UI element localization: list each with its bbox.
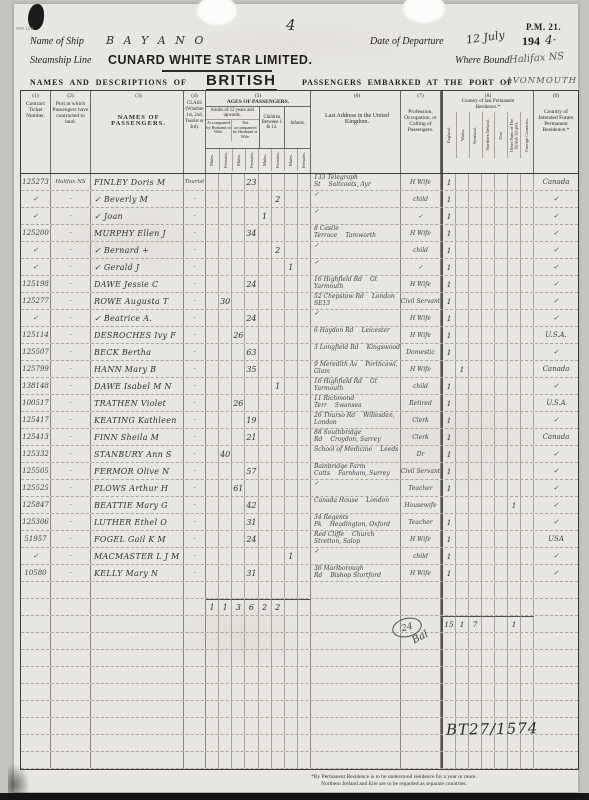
cell-age xyxy=(232,242,245,258)
cell-profession: H Wife xyxy=(401,531,441,547)
cell-residence xyxy=(456,531,469,547)
cell-residence xyxy=(521,480,534,496)
cell-residence xyxy=(456,582,469,598)
table-row: 125198 - DAWE Jessie C - 24 16 Highfield… xyxy=(21,276,578,293)
cell-age xyxy=(219,395,232,411)
cell-age xyxy=(245,633,258,649)
cell-address: 9 Meredith AvPorthcawl, Glam xyxy=(311,361,401,377)
cell-name xyxy=(91,650,184,666)
cell-residence xyxy=(508,514,521,530)
cell-profession: Teacher xyxy=(401,480,441,496)
cell-age xyxy=(272,276,285,292)
cell-ticket: 125505 xyxy=(21,463,51,479)
cell-residence xyxy=(508,378,521,394)
cell-profession: Civil Servant xyxy=(401,293,441,309)
cell-residence xyxy=(508,684,521,700)
cell-port: - xyxy=(51,259,91,275)
cell-name: TRATHEN Violet xyxy=(91,395,184,411)
cell-age xyxy=(232,361,245,377)
table-header: (1)Contract Ticket Number. (2)Port at wh… xyxy=(21,91,578,174)
cell-profession: H Wife xyxy=(401,310,441,326)
cell-residence: 15 xyxy=(443,616,456,632)
cell-port: - xyxy=(51,548,91,564)
cell-residence xyxy=(495,293,508,309)
cell-residence xyxy=(482,565,495,581)
cell-residence xyxy=(521,293,534,309)
cell-age xyxy=(219,701,232,717)
cell-residence xyxy=(521,463,534,479)
cell-profession xyxy=(401,735,441,751)
cell-age xyxy=(245,395,258,411)
cell-country xyxy=(534,633,578,649)
cell-residence xyxy=(443,582,456,598)
cell-age xyxy=(206,293,219,309)
date-of-departure-label: Date of Departure xyxy=(370,36,444,47)
cell-residence xyxy=(521,582,534,598)
cell-age xyxy=(232,650,245,666)
cell-port xyxy=(51,718,91,734)
cell-residence xyxy=(495,225,508,241)
cell-address: 88 Southbridge RdCroydon, Surrey xyxy=(311,429,401,445)
cell-age xyxy=(219,497,232,513)
cell-age xyxy=(245,718,258,734)
cell-residence xyxy=(469,650,482,666)
cell-age xyxy=(206,242,219,258)
col-port-header: Port at which Passengers have contracted… xyxy=(51,99,90,125)
cell-residence xyxy=(508,701,521,717)
cell-age xyxy=(219,429,232,445)
cell-residence xyxy=(521,701,534,717)
cell-name xyxy=(91,599,184,615)
cell-address: ✓ xyxy=(311,191,401,207)
cell-age xyxy=(298,463,311,479)
cell-ticket: 125847 xyxy=(21,497,51,513)
cell-age xyxy=(206,718,219,734)
cell-age xyxy=(272,429,285,445)
table-row: 125847 - BEATTIE Mary G - 42 Canada Hous… xyxy=(21,497,578,514)
cell-age xyxy=(298,259,311,275)
cell-name: MURPHY Ellen J xyxy=(91,225,184,241)
cell-age: 2 xyxy=(272,191,285,207)
cell-residence: 1 xyxy=(456,361,469,377)
cell-ticket: 138148 xyxy=(21,378,51,394)
table-row: 125799 - HANN Mary B - 35 9 Meredith AvP… xyxy=(21,361,578,378)
cell-age xyxy=(298,650,311,666)
cell-country: ✓ xyxy=(534,208,578,224)
cell-age xyxy=(232,684,245,700)
cell-age xyxy=(206,650,219,666)
cell-country: ✓ xyxy=(534,225,578,241)
cell-age xyxy=(219,191,232,207)
cell-age xyxy=(272,718,285,734)
cell-age xyxy=(219,242,232,258)
cell-residence: 1 xyxy=(508,497,521,513)
cell-name: FINN Sheila M xyxy=(91,429,184,445)
cell-residence xyxy=(482,191,495,207)
table-row: ✓ - ✓ Gerald J - 1 ✓ ✓ 1 ✓ xyxy=(21,259,578,276)
cell-age xyxy=(219,684,232,700)
cell-address: ✓ xyxy=(311,548,401,564)
cell-age xyxy=(245,242,258,258)
col-class-header: CLASS (Whether 1st, 2nd, Tourist or 3rd)… xyxy=(184,99,205,131)
table-row: 125417 - KEATING Kathleen - 19 26 Thurso… xyxy=(21,412,578,429)
table-row: 125200 - MURPHY Ellen J - 34 8 Castle Te… xyxy=(21,225,578,242)
cell-class xyxy=(184,582,206,598)
cell-residence xyxy=(469,565,482,581)
cell-age xyxy=(245,259,258,275)
cell-name: KELLY Mary N xyxy=(91,565,184,581)
cell-age xyxy=(219,208,232,224)
cell-country: ✓ xyxy=(534,497,578,513)
cell-address: ✓ xyxy=(311,208,401,224)
cell-residence xyxy=(495,752,508,768)
cell-country: ✓ xyxy=(534,446,578,462)
cell-class: - xyxy=(184,548,206,564)
ship-name-handwritten: B A Y A N O xyxy=(106,34,206,47)
cell-age xyxy=(232,633,245,649)
cell-age xyxy=(272,514,285,530)
cell-residence: 1 xyxy=(443,565,456,581)
cell-residence: 1 xyxy=(443,276,456,292)
cell-age xyxy=(298,633,311,649)
cell-residence xyxy=(521,378,534,394)
cell-residence xyxy=(495,599,508,615)
cell-ticket xyxy=(21,735,51,751)
cell-age xyxy=(285,667,298,683)
cell-ticket: 100517 xyxy=(21,395,51,411)
cell-residence xyxy=(456,429,469,445)
cell-age xyxy=(219,633,232,649)
table-row: ✓ - ✓ Bernard + - 2 ✓ child 1 ✓ xyxy=(21,242,578,259)
cell-age xyxy=(272,446,285,462)
punch-hole xyxy=(196,0,238,26)
cell-residence: 1 xyxy=(443,344,456,360)
name-of-ship-label: Name of Ship xyxy=(30,36,84,47)
cell-address: ✓ xyxy=(311,480,401,496)
cell-name: FERMOR Olive N xyxy=(91,463,184,479)
cell-residence xyxy=(482,582,495,598)
cell-age xyxy=(298,599,311,615)
cell-address: 133 Telegraph StSaltcoats, Ayr xyxy=(311,174,401,190)
cell-profession: H Wife xyxy=(401,276,441,292)
cell-profession: child xyxy=(401,378,441,394)
cell-country xyxy=(534,735,578,751)
cell-age xyxy=(245,191,258,207)
cell-age xyxy=(298,378,311,394)
cell-residence xyxy=(521,514,534,530)
cell-age xyxy=(245,327,258,343)
mf-label: Males. xyxy=(210,154,215,166)
cell-residence xyxy=(508,361,521,377)
cell-age xyxy=(285,752,298,768)
cell-age xyxy=(219,514,232,530)
residence-country-label: England. xyxy=(447,127,452,143)
cell-residence xyxy=(521,361,534,377)
cell-residence xyxy=(508,633,521,649)
col-profession-header: Profession, Occupation, or Calling of Pa… xyxy=(401,107,440,133)
cell-name: MACMASTER L J M xyxy=(91,548,184,564)
cell-age xyxy=(285,497,298,513)
table-row xyxy=(21,582,578,599)
cell-age xyxy=(259,463,272,479)
cell-country: ✓ xyxy=(534,242,578,258)
cell-residence xyxy=(495,565,508,581)
date-handwritten: 12 July xyxy=(465,28,505,46)
cell-age: 57 xyxy=(245,463,258,479)
cell-country xyxy=(534,599,578,615)
cell-age xyxy=(232,701,245,717)
cell-class: - xyxy=(184,225,206,241)
cell-residence xyxy=(469,293,482,309)
cell-port: - xyxy=(51,208,91,224)
col-names-header: NAMES OF PASSENGERS. xyxy=(94,113,183,127)
cell-age xyxy=(272,361,285,377)
cell-age: 34 xyxy=(245,225,258,241)
scanned-passenger-list-page: MW 24 R P.M. 21. 4 Name of Ship B A Y A … xyxy=(0,0,589,800)
cell-residence xyxy=(469,701,482,717)
cell-ticket: 125332 xyxy=(21,446,51,462)
cell-residence xyxy=(495,633,508,649)
cell-class: - xyxy=(184,293,206,309)
cell-age: 26 xyxy=(232,327,245,343)
cell-residence xyxy=(482,361,495,377)
cell-ticket: ✓ xyxy=(21,208,51,224)
cell-name xyxy=(91,582,184,598)
cell-residence xyxy=(456,412,469,428)
cell-age: 1 xyxy=(259,208,272,224)
cell-name: FOGEL Gail K M xyxy=(91,531,184,547)
cell-residence xyxy=(508,259,521,275)
cell-residence xyxy=(508,293,521,309)
cell-residence xyxy=(456,633,469,649)
cell-class: Tourist xyxy=(184,174,206,190)
cell-age xyxy=(298,310,311,326)
cell-class: - xyxy=(184,310,206,326)
cell-port: - xyxy=(51,242,91,258)
cell-age xyxy=(219,480,232,496)
table-row xyxy=(21,701,578,718)
cell-class xyxy=(184,633,206,649)
cell-residence xyxy=(469,310,482,326)
cell-address: ✓ xyxy=(311,310,401,326)
cell-name xyxy=(91,735,184,751)
cell-residence xyxy=(469,242,482,258)
footnote: *By Permanent Residence is to be underst… xyxy=(214,774,574,787)
cell-age xyxy=(272,208,285,224)
cell-port: - xyxy=(51,497,91,513)
cell-port xyxy=(51,633,91,649)
table-row: 10580 - KELLY Mary N - 31 36 Marlborough… xyxy=(21,565,578,582)
cell-name: BECK Bertha xyxy=(91,344,184,360)
cell-age xyxy=(259,684,272,700)
cell-age xyxy=(298,667,311,683)
cell-age: 31 xyxy=(245,514,258,530)
cell-country: ✓ xyxy=(534,378,578,394)
title-post: PASSENGERS EMBARKED AT THE PORT OF xyxy=(302,78,513,87)
cell-age xyxy=(259,412,272,428)
cell-age xyxy=(272,684,285,700)
cell-age xyxy=(206,225,219,241)
cell-residence xyxy=(443,599,456,615)
cell-profession: Clerk xyxy=(401,429,441,445)
cell-address: Bainbridge Farm CottsFarnham, Surrey xyxy=(311,463,401,479)
cell-age xyxy=(232,531,245,547)
cell-age xyxy=(259,242,272,258)
cell-age xyxy=(219,565,232,581)
cell-residence xyxy=(521,276,534,292)
cell-residence xyxy=(482,480,495,496)
cell-address: 52 Chepstow RdLondon SE13 xyxy=(311,293,401,309)
cell-country xyxy=(534,752,578,768)
cell-port: - xyxy=(51,531,91,547)
title-pre: NAMES AND DESCRIPTIONS OF xyxy=(30,78,187,87)
cell-residence xyxy=(508,650,521,666)
cell-age xyxy=(285,480,298,496)
cell-address xyxy=(311,718,401,734)
cell-age xyxy=(285,701,298,717)
cell-age xyxy=(245,701,258,717)
cell-port: - xyxy=(51,276,91,292)
cell-residence: 1 xyxy=(443,208,456,224)
cell-residence xyxy=(456,174,469,190)
cell-residence xyxy=(469,684,482,700)
cell-residence: 1 xyxy=(443,174,456,190)
cell-class: - xyxy=(184,208,206,224)
cell-class xyxy=(184,650,206,666)
cell-profession xyxy=(401,599,441,615)
cell-age: 21 xyxy=(245,429,258,445)
cell-age xyxy=(259,718,272,734)
cell-residence xyxy=(456,514,469,530)
cell-residence xyxy=(521,497,534,513)
cell-age xyxy=(232,310,245,326)
cell-class: - xyxy=(184,497,206,513)
cell-residence xyxy=(521,446,534,462)
cell-age xyxy=(285,599,298,615)
cell-age xyxy=(219,463,232,479)
cell-residence xyxy=(469,599,482,615)
col-residence-header: (8) Country of last Permanent Residence.… xyxy=(443,91,534,173)
cell-residence xyxy=(495,310,508,326)
cell-residence xyxy=(456,446,469,462)
cell-port xyxy=(51,667,91,683)
cell-ticket: ✓ xyxy=(21,191,51,207)
cell-residence: 1 xyxy=(508,616,521,632)
cell-age: 42 xyxy=(245,497,258,513)
cell-age xyxy=(245,378,258,394)
table-row: 125525 - PLOWS Arthur H - 61 ✓ Teacher 1… xyxy=(21,480,578,497)
cell-age xyxy=(206,463,219,479)
cell-ticket: 125114 xyxy=(21,327,51,343)
cell-residence xyxy=(508,446,521,462)
cell-country: ✓ xyxy=(534,480,578,496)
cell-age xyxy=(232,208,245,224)
cell-age: 23 xyxy=(245,174,258,190)
cell-age xyxy=(206,446,219,462)
cell-residence xyxy=(482,259,495,275)
mf-label: Females. xyxy=(250,152,255,168)
cell-class: - xyxy=(184,259,206,275)
cell-port: - xyxy=(51,395,91,411)
cell-age xyxy=(285,293,298,309)
cell-class: - xyxy=(184,276,206,292)
cell-age xyxy=(219,412,232,428)
cell-profession xyxy=(401,752,441,768)
cell-ticket: ✓ xyxy=(21,548,51,564)
cell-residence: 1 xyxy=(443,429,456,445)
cell-name: DAWE Isabel M N xyxy=(91,378,184,394)
cell-residence xyxy=(495,344,508,360)
cell-age xyxy=(298,548,311,564)
residence-country-label: Foreign Countries. xyxy=(525,118,530,152)
cell-age: 2 xyxy=(259,599,272,615)
cell-port: - xyxy=(51,191,91,207)
year-printed: 194 xyxy=(522,34,540,49)
cell-country xyxy=(534,616,578,632)
cell-address xyxy=(311,633,401,649)
cell-residence xyxy=(469,667,482,683)
cell-residence xyxy=(508,395,521,411)
cell-age xyxy=(285,616,298,632)
cell-age: 26 xyxy=(232,395,245,411)
table-row: 51957 - FOGEL Gail K M - 24 Red CliffeCh… xyxy=(21,531,578,548)
residence-country-label: Other Parts of The British Empire. xyxy=(510,112,519,158)
cell-age: 63 xyxy=(245,344,258,360)
cell-age xyxy=(206,514,219,530)
cell-address: 26 Thurso RdWillesden, London xyxy=(311,412,401,428)
cell-residence: 1 xyxy=(443,412,456,428)
cell-address: ✓ xyxy=(311,242,401,258)
cell-age: 30 xyxy=(219,293,232,309)
cell-address xyxy=(311,599,401,615)
table-row: ✓ - ✓ Beverly M - 2 ✓ child 1 ✓ xyxy=(21,191,578,208)
cell-age xyxy=(272,650,285,666)
cell-residence xyxy=(521,429,534,445)
cell-port: - xyxy=(51,446,91,462)
cell-residence xyxy=(482,395,495,411)
cell-age xyxy=(206,208,219,224)
cell-port xyxy=(51,616,91,632)
cell-residence xyxy=(495,497,508,513)
cell-age xyxy=(285,310,298,326)
cell-ticket xyxy=(21,684,51,700)
table-row xyxy=(21,684,578,701)
cell-ticket xyxy=(21,633,51,649)
cell-age xyxy=(232,344,245,360)
cell-class: - xyxy=(184,429,206,445)
cell-age xyxy=(285,327,298,343)
cell-country: ✓ xyxy=(534,565,578,581)
cell-residence xyxy=(482,293,495,309)
cell-age xyxy=(219,650,232,666)
table-row: 125273 Halifax NS FINLEY Doris M Tourist… xyxy=(21,174,578,191)
cell-age xyxy=(245,667,258,683)
cell-age: 1 xyxy=(285,259,298,275)
cell-address xyxy=(311,582,401,598)
cell-age xyxy=(285,565,298,581)
cell-age xyxy=(206,633,219,649)
cell-residence xyxy=(469,548,482,564)
cell-address: 36 Marlborough RdBishop Stortford xyxy=(311,565,401,581)
residence-country-label: Eire. xyxy=(499,131,504,140)
cell-residence xyxy=(482,174,495,190)
cell-residence xyxy=(521,650,534,666)
cell-class: - xyxy=(184,395,206,411)
cell-residence xyxy=(521,531,534,547)
cell-age: 2 xyxy=(272,599,285,615)
cell-age xyxy=(298,582,311,598)
cell-residence xyxy=(482,548,495,564)
